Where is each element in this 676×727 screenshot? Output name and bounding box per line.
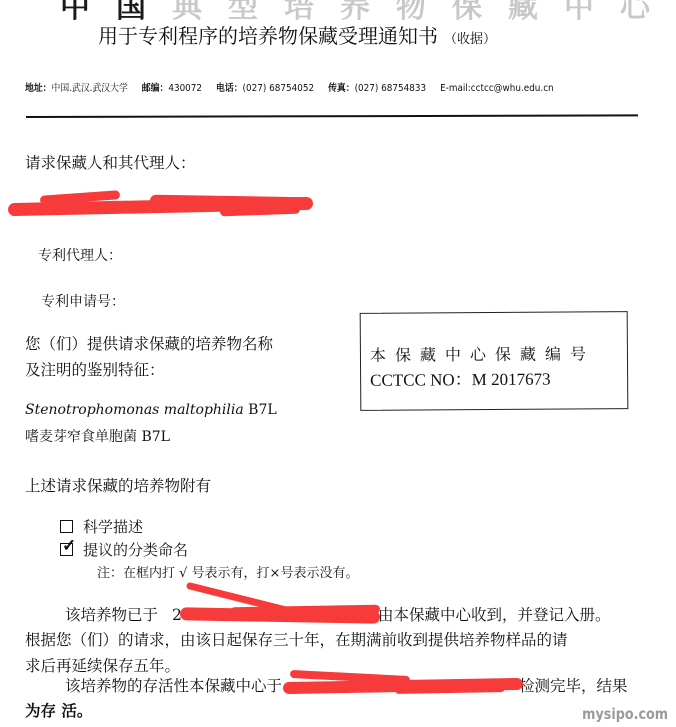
contact-line: 地址：中国.武汉.武汉大学 邮编：430072 电话：(027) 6875405… bbox=[25, 80, 554, 94]
paragraph-received: 该培养物已于20 bbox=[65, 603, 192, 625]
culture-question-line1: 您（们）提供请求保藏的培养物名称 bbox=[25, 331, 273, 357]
species-strain: B7L bbox=[244, 402, 277, 418]
species-latin-binomial: Stenotrophomonas maltophilia bbox=[25, 402, 244, 418]
viability-result: 为存 活。 bbox=[25, 699, 92, 721]
applicant-label: 请求保藏人和其代理人： bbox=[25, 151, 196, 173]
address-value: 中国.武汉.武汉大学 bbox=[52, 83, 128, 94]
phone-value: (027) 68754052 bbox=[243, 83, 315, 94]
patent-agent-label: 专利代理人： bbox=[38, 245, 122, 265]
checkmark-icon: ✓ bbox=[62, 538, 76, 555]
species-latin-name: Stenotrophomonas maltophilia B7L bbox=[25, 402, 277, 418]
email-label: E-mail: bbox=[440, 83, 471, 94]
watermark: mysipo.com bbox=[582, 705, 668, 723]
received-text-end: 由本保藏中心收到，并登记入册。 bbox=[378, 603, 611, 625]
scientific-description-checkbox[interactable] bbox=[60, 520, 73, 533]
viability-text-end: 检测完毕，结果 bbox=[519, 674, 628, 696]
document-title-suffix: （收据） bbox=[444, 32, 496, 47]
checkbox-row-scientific-description: 科学描述 bbox=[60, 516, 143, 537]
paragraph-storage-period: 根据您（们）的请求，由该日起保存三十年，在期满前收到提供培养物样品的请 bbox=[25, 628, 568, 650]
document-title: 用于专利程序的培养物保藏受理通知书（收据） bbox=[98, 20, 496, 49]
checkbox-note: 注：在框内打 √ 号表示有，打×号表示没有。 bbox=[97, 562, 358, 581]
deposit-number-box: 本保藏中心保藏编号 CCTCC NO：M 2017673 bbox=[360, 311, 629, 411]
header-divider bbox=[26, 114, 638, 118]
attachments-heading: 上述请求保藏的培养物附有 bbox=[25, 474, 211, 496]
checkbox-row-proposed-taxonomy: ✓提议的分类命名 bbox=[60, 539, 188, 560]
scientific-description-label: 科学描述 bbox=[83, 518, 143, 536]
paragraph-storage-extension: 求后再延续保存五年。 bbox=[25, 654, 180, 676]
species-chinese-name: 嗜麦芽窄食单胞菌 B7L bbox=[25, 426, 170, 446]
email-value: cctcc@whu.edu.cn bbox=[471, 83, 554, 94]
culture-question-line2: 及注明的鉴别特征： bbox=[25, 357, 273, 383]
postcode-value: 430072 bbox=[168, 83, 202, 94]
document-title-text: 用于专利程序的培养物保藏受理通知书 bbox=[98, 24, 438, 48]
proposed-taxonomy-label: 提议的分类命名 bbox=[83, 541, 188, 559]
patent-application-number-label: 专利申请号： bbox=[41, 291, 125, 311]
postcode-label: 邮编： bbox=[142, 83, 169, 94]
fax-label: 传真： bbox=[328, 83, 355, 94]
phone-label: 电话： bbox=[216, 83, 243, 94]
deposit-number-value: CCTCC NO：M 2017673 bbox=[370, 365, 551, 391]
proposed-taxonomy-checkbox[interactable]: ✓ bbox=[60, 543, 73, 556]
deposit-number-label: 本保藏中心保藏编号 bbox=[370, 341, 595, 366]
culture-name-question: 您（们）提供请求保藏的培养物名称 及注明的鉴别特征： bbox=[25, 331, 273, 383]
address-label: 地址： bbox=[25, 83, 52, 94]
fax-value: (027) 68754833 bbox=[355, 83, 427, 94]
received-text-start: 该培养物已于 bbox=[65, 606, 158, 624]
viability-text-start: 该培养物的存活性本保藏中心于 bbox=[65, 674, 282, 696]
